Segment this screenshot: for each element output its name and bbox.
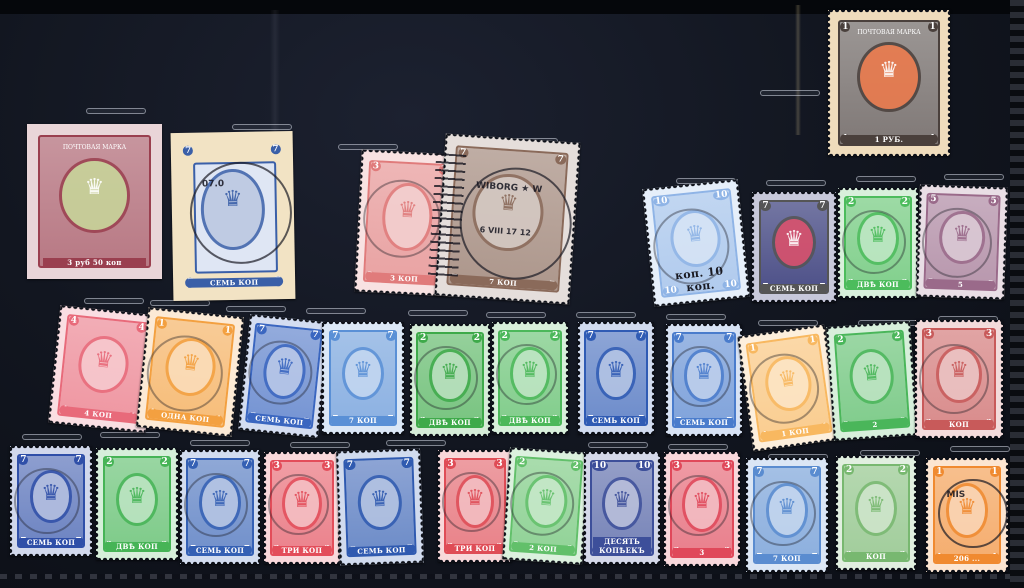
stamp[interactable]: ♛10101010ДЕСЯТЬ КОПѢЕКЪ — [584, 452, 660, 564]
stamp-hinge — [588, 442, 648, 448]
stamp-corner-value: 2 — [900, 197, 910, 207]
stamp[interactable]: ♛22222 — [826, 321, 918, 441]
stamp[interactable]: ♛2222ДВѢ КОП — [96, 448, 178, 560]
stamp[interactable]: ♛77777 КОП — [746, 458, 828, 572]
double-eagle-icon: ♛ — [27, 177, 162, 199]
stamp[interactable]: ♛2222ДВѢ КОП — [838, 188, 918, 298]
stamp-hinge — [760, 90, 820, 96]
stamp-denomination: СЕМЬ КОП — [188, 277, 281, 288]
stamp-denomination: ДЕСЯТЬ КОПѢЕКЪ — [593, 537, 651, 555]
postmark — [668, 475, 729, 536]
stamp-corner-value: 3 — [272, 461, 282, 471]
postmark — [442, 472, 502, 532]
stamp-corner-value: 7 — [183, 146, 193, 156]
stamp-corner-value: 7 — [674, 333, 684, 343]
stamp[interactable]: ♛77777 КОПWIBORG ★ W6 VIII 17 12 — [435, 133, 581, 304]
stamp-corner-value: 7 — [810, 467, 820, 477]
stamp-corner-value: 2 — [500, 331, 510, 341]
stamp-corner-value: 10 — [592, 461, 609, 471]
stamp-denomination: ТРИ КОП — [273, 546, 331, 555]
stamp-corner-value: 7 — [270, 145, 280, 155]
stamp-hinge — [84, 298, 144, 304]
stamp[interactable]: ♛2222ДВѢ КОП — [410, 324, 490, 436]
stamp-hinge — [100, 432, 160, 438]
stamp-denomination: СЕМЬ КОП — [20, 538, 82, 547]
postmark — [414, 346, 478, 410]
stamp-denomination: КОП — [846, 552, 907, 561]
stamp-corner-value: 7 — [586, 331, 596, 341]
stamp-corner-value: 3 — [445, 459, 455, 469]
stamp[interactable]: ♛2222ДВѢ КОП — [492, 322, 568, 434]
stamp-corner-value: 7 — [242, 459, 252, 469]
stamp-hinge — [290, 442, 350, 448]
stamp[interactable]: ♛7777СЕМЬ КОП — [336, 449, 424, 566]
stamp-hinge — [766, 180, 826, 186]
light-glare — [795, 5, 801, 135]
stamp[interactable]: ♛3333ТРИ КОП — [264, 452, 340, 564]
stamp-hinge — [950, 446, 1010, 452]
stamp-corner-value: 7 — [760, 201, 770, 211]
stamp-corner-value: 2 — [846, 197, 856, 207]
stamp-denomination: СЕМЬ КОП — [762, 284, 826, 293]
double-eagle-icon: ♛ — [828, 60, 950, 82]
stamp[interactable]: ♛2222КОП — [836, 456, 916, 570]
album-binding-edge — [1010, 0, 1024, 588]
double-eagle-icon: ♛ — [337, 487, 422, 512]
stamp[interactable]: ♛22222 КОП — [502, 447, 590, 564]
stamp-corner-value: 1 — [928, 22, 938, 32]
stamp-corner-value: 3 — [672, 461, 682, 471]
stamp-hinge — [190, 440, 250, 446]
double-eagle-icon: ♛ — [322, 360, 404, 382]
stamp[interactable]: ♛7777СЕМЬ КОП — [578, 322, 654, 434]
stamp-album-page: ♛ПОЧТОВАЯ МАРКА3 руб 50 коп♛7777СЕМЬ КОП… — [0, 0, 1024, 588]
stamp-denomination: 206 ... — [936, 554, 998, 563]
stamp-denomination: КОП — [926, 420, 993, 429]
stamp-hinge — [306, 308, 366, 314]
stamp-denomination: 7 КОП — [756, 554, 818, 563]
stamp-corner-value: 7 — [555, 154, 566, 165]
stamp-corner-value: 3 — [494, 459, 504, 469]
stamp-hinge — [232, 124, 292, 130]
postmark — [750, 481, 816, 547]
stamp[interactable]: ♛ПОЧТОВАЯ МАРКА11111 РУБ. — [828, 10, 950, 156]
stamp-corner-value: 2 — [160, 457, 170, 467]
stamp[interactable]: ♛77777 КОП — [322, 322, 404, 434]
stamp-denomination: СЕМЬ КОП — [587, 416, 645, 425]
stamp-denomination: ДВѢ КОП — [848, 280, 909, 289]
stamp[interactable]: ♛7777СЕМЬ КОП — [180, 450, 260, 564]
stamp-hinge — [944, 174, 1004, 180]
stamp[interactable]: ♛7777СЕМЬ КОП07.0 — [171, 131, 296, 301]
double-eagle-icon: ♛ — [752, 229, 836, 251]
postmark — [184, 473, 248, 537]
stamp[interactable]: ♛33333 — [664, 452, 740, 566]
stamp-corner-value: 7 — [817, 201, 827, 211]
stamp-corner-value: 7 — [74, 455, 84, 465]
stamp-hinge — [386, 440, 446, 446]
stamp-header: ПОЧТОВАЯ МАРКА — [27, 144, 162, 151]
stamp-denomination: 1 РУБ. — [843, 135, 936, 144]
stamp-hinge — [576, 312, 636, 318]
postmark — [268, 474, 329, 535]
stamp-corner-value: 2 — [898, 465, 908, 475]
stamp-hinge — [22, 434, 82, 440]
stamp[interactable]: ♛10101010коп. 10 коп. — [642, 179, 750, 306]
stamp-corner-value: 1 — [156, 318, 167, 329]
stamp-denomination: 3 — [673, 548, 731, 557]
double-eagle-icon: ♛ — [578, 360, 654, 382]
stamp-corner-value: 2 — [472, 333, 482, 343]
stamp[interactable]: ♛55555 — [916, 184, 1008, 299]
stamp-hinge — [856, 176, 916, 182]
stamp[interactable]: ♛7777СЕМЬ КОП — [10, 446, 92, 556]
postmark — [14, 468, 80, 534]
stamp[interactable]: ♛7777СЕМЬ КОП — [666, 324, 742, 436]
stamp-denomination: СЕМЬ КОП — [190, 546, 251, 555]
album-strip-edge — [0, 574, 1010, 579]
double-eagle-icon: ♛ — [96, 486, 178, 508]
postmark-text: MIS — [947, 490, 966, 500]
stamp-corner-value: 7 — [345, 460, 356, 470]
stamp[interactable]: ♛1111206 ...MIS — [926, 458, 1008, 572]
stamp[interactable]: ♛11111 КОП — [737, 324, 840, 451]
stamp-hinge — [758, 320, 818, 326]
double-eagle-icon: ♛ — [836, 495, 916, 517]
postmark — [496, 344, 557, 405]
stamp[interactable]: ♛1111ОДНА КОП — [136, 307, 244, 436]
stamp-hinge — [668, 444, 728, 450]
stamp-corner-value: 7 — [402, 458, 413, 468]
stamp[interactable]: ♛3333КОП — [915, 320, 1003, 438]
stamp-denomination: ДВѢ КОП — [420, 418, 481, 427]
stamp-denomination: СЕМЬ КОП — [675, 418, 733, 427]
stamp-denomination: 3 руб 50 коп — [43, 258, 146, 267]
stamp[interactable]: ♛ПОЧТОВАЯ МАРКА3 руб 50 коп — [27, 124, 162, 279]
stamp-denomination: ДВѢ КОП — [106, 542, 168, 551]
stamp-hinge — [86, 108, 146, 114]
stamp-corner-value: 7 — [386, 331, 396, 341]
postmark-text: 07.0 — [202, 179, 224, 189]
stamp-denomination: ДВѢ КОП — [501, 416, 559, 425]
stamp-corner-value: 1 — [990, 467, 1000, 477]
stamp-hinge — [666, 314, 726, 320]
postmark — [919, 344, 989, 414]
double-eagle-icon: ♛ — [584, 490, 660, 512]
stamp-denomination: 7 КОП — [332, 416, 394, 425]
stamp[interactable]: ♛3333ТРИ КОП — [438, 450, 512, 562]
stamp[interactable]: ♛7777СЕМЬ КОП — [238, 314, 330, 438]
postmark — [842, 210, 906, 274]
stamp-hinge — [226, 306, 286, 312]
postmark — [670, 346, 731, 407]
stamp-hinge — [408, 310, 468, 316]
stamp-hinge — [486, 312, 546, 318]
stamp-denomination: ТРИ КОП — [447, 544, 503, 553]
stamp[interactable]: ♛7777СЕМЬ КОП — [752, 192, 836, 302]
stamp-corner-value: 10 — [636, 461, 653, 471]
